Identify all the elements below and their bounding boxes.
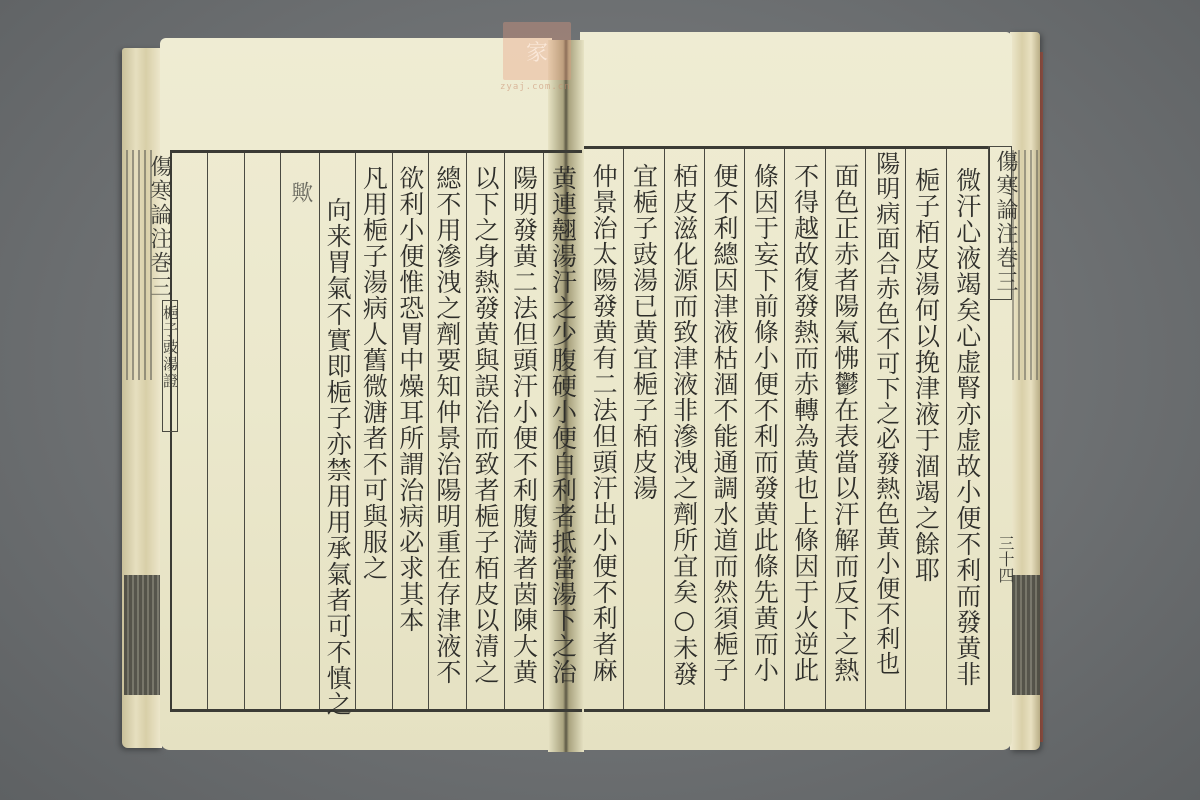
- watermark-url: zyaj.com.cn: [500, 82, 571, 92]
- right-columns: 仲景治太陽發黄有二法但頭汗出小便不利者麻 宜梔子豉湯已黄宜梔子栢皮湯 栢皮滋化源…: [584, 149, 988, 709]
- left-column-9: 以下之身熱發黄與誤治而致者梔子栢皮以清之: [466, 153, 504, 709]
- right-column-3: 栢皮滋化源而致津液非滲洩之劑所宜矣○未發: [664, 149, 704, 709]
- left-column-3: [244, 153, 280, 709]
- left-column-2: [207, 153, 243, 709]
- left-column-10: 陽明發黄二法但頭汗小便不利腹満者茵陳大黄: [504, 153, 543, 709]
- right-text-frame: 仲景治太陽發黄有二法但頭汗出小便不利者麻 宜梔子豉湯已黄宜梔子栢皮湯 栢皮滋化源…: [584, 146, 990, 712]
- left-columns: 歟 向来胃氣不實即梔子亦禁用用承氣者可不慎之 凡用梔子湯病人舊微溏者不可與服之 …: [172, 153, 582, 709]
- left-edge-ink-band: [124, 575, 162, 695]
- right-column-9: 梔子栢皮湯何以挽津液于涸竭之餘耶: [905, 149, 945, 709]
- left-column-7: 欲利小便惟恐胃中燥耳所謂治病必求其本: [392, 153, 428, 709]
- right-column-4: 便不利總因津液枯涸不能通調水道而然須梔子: [704, 149, 744, 709]
- right-edge-ink-band: [1012, 575, 1040, 695]
- left-text-frame: 歟 向来胃氣不實即梔子亦禁用用承氣者可不慎之 凡用梔子湯病人舊微溏者不可與服之 …: [170, 150, 582, 712]
- left-column-6: 凡用梔子湯病人舊微溏者不可與服之: [355, 153, 391, 709]
- left-column-11: 黄連翹湯汗之少腹硬小便自利者抵當湯下之治: [543, 153, 582, 709]
- right-column-8: 陽明病面合赤色不可下之必發熱色黄小便不利也: [865, 149, 905, 709]
- right-column-7: 面色正赤者陽氣怫鬱在表當以汗解而反下之熱: [825, 149, 865, 709]
- left-fold-title: 傷寒論注巻三: [144, 155, 175, 299]
- right-column-2: 宜梔子豉湯已黄宜梔子栢皮湯: [623, 149, 663, 709]
- left-column-5: 向来胃氣不實即梔子亦禁用用承氣者可不慎之: [319, 153, 355, 709]
- right-fold-title: 傷寒論注巻三: [990, 150, 1021, 294]
- right-column-5: 條因于妄下前條小便不利而發黄此條先黄而小: [744, 149, 784, 709]
- left-column-4: 歟: [280, 153, 319, 709]
- right-column-6: 不得越故復發熱而赤轉為黄也上條因于火逆此: [784, 149, 824, 709]
- left-fold-subtitle: 梔子豉湯證: [160, 305, 181, 390]
- left-column-8: 總不用滲洩之劑要知仲景治陽明重在存津液不: [428, 153, 466, 709]
- watermark-seal: 家: [503, 22, 571, 80]
- right-column-10: 微汗心液竭矣心虚腎亦虚故小便不利而發黄非: [946, 149, 988, 709]
- right-folio-number: 三十四: [994, 535, 1017, 583]
- watermark-glyph: 家: [526, 36, 548, 67]
- right-column-1: 仲景治太陽發黄有二法但頭汗出小便不利者麻: [584, 149, 623, 709]
